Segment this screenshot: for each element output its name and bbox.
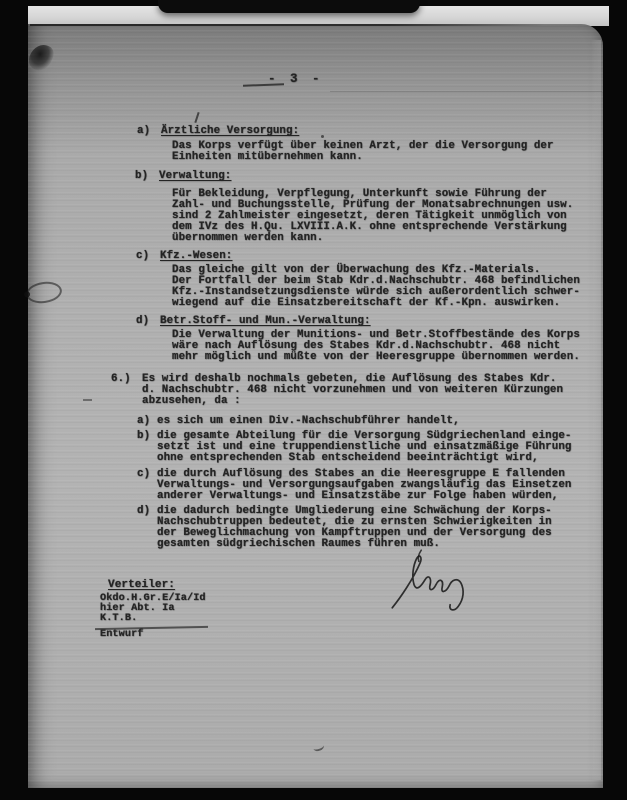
section-c-heading: Kfz.-Wesen: — [160, 251, 232, 262]
text-line: Einheiten mitübernehmen kann. — [172, 152, 363, 163]
text-line: abzusehen, da : — [142, 396, 241, 407]
section-a-label: a) — [137, 126, 150, 137]
section-c-label: c) — [136, 251, 149, 262]
section-d-label: d) — [136, 316, 149, 327]
page-fold-line — [30, 24, 545, 26]
scanned-document-page: - 3 - a) Ärztliche Versorgung: Das Korps… — [0, 0, 627, 800]
page-edge-highlight — [591, 40, 601, 780]
text-line: übernommen werden kann. — [172, 233, 323, 244]
scan-shadow — [28, 24, 603, 154]
page-number: - 3 - — [268, 74, 323, 85]
distribution-line: Entwurf — [100, 630, 144, 640]
item6-label: 6.) — [111, 374, 131, 385]
item6-sub-a-label: a) — [137, 416, 150, 427]
text-line: mehr möglich und müßte von der Heeresgru… — [172, 352, 580, 363]
text-line: es sich um einen Div.-Nachschubführer ha… — [157, 416, 460, 427]
handwritten-signature — [382, 544, 508, 622]
section-a-heading: Ärztliche Versorgung: — [161, 126, 299, 137]
item6-sub-c-label: c) — [137, 469, 150, 480]
item6-sub-b-label: b) — [137, 431, 150, 442]
text-line: anderer Verwaltungs- und Einsatzstäbe zu… — [157, 491, 558, 502]
section-b-label: b) — [135, 171, 148, 182]
section-b-heading: Verwaltung: — [159, 171, 231, 182]
distribution-heading: Verteiler: — [108, 580, 175, 591]
binder-tab — [158, 0, 420, 13]
text-line: wiegend auf die Einsatzbereitschaft der … — [172, 298, 560, 309]
margin-dash — [83, 399, 92, 401]
faint-scan-line — [330, 91, 602, 92]
distribution-line: K.T.B. — [100, 614, 137, 624]
speck — [321, 135, 324, 138]
text-line: ohne entsprechenden Stab entscheidend be… — [157, 453, 539, 464]
item6-sub-d-label: d) — [137, 506, 150, 517]
section-d-heading: Betr.Stoff- und Mun.-Verwaltung: — [160, 316, 371, 327]
